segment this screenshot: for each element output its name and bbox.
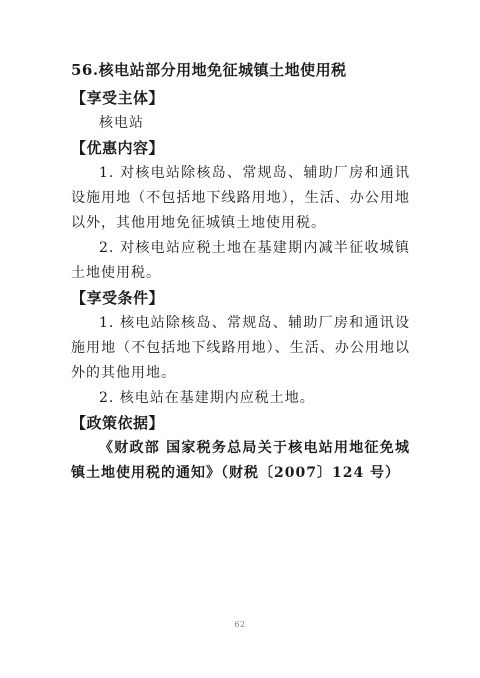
section-heading-policy-basis: 【政策依据】	[71, 411, 410, 436]
section-heading-conditions: 【享受条件】	[71, 286, 410, 311]
document-content: 56.核电站部分用地免征城镇土地使用税 【享受主体】 核电站 【优惠内容】 1.…	[71, 58, 410, 486]
section-heading-preferential-content: 【优惠内容】	[71, 136, 410, 161]
paragraph: 1. 对核电站除核岛、常规岛、辅助厂房和通讯设施用地（不包括地下线路用地），生活…	[71, 161, 410, 236]
policy-citation: 《财政部 国家税务总局关于核电站用地征免城镇土地使用税的通知》（财税〔2007〕…	[71, 436, 410, 486]
paragraph: 2. 核电站在基建期内应税土地。	[71, 386, 410, 411]
paragraph: 核电站	[71, 111, 410, 136]
page-title: 56.核电站部分用地免征城镇土地使用税	[71, 58, 410, 83]
section-heading-beneficiary: 【享受主体】	[71, 86, 410, 111]
document-page: 56.核电站部分用地免征城镇土地使用税 【享受主体】 核电站 【优惠内容】 1.…	[0, 0, 480, 678]
paragraph: 1. 核电站除核岛、常规岛、辅助厂房和通讯设施用地（不包括地下线路用地）、生活、…	[71, 311, 410, 386]
page-number: 62	[0, 620, 480, 629]
paragraph: 2. 对核电站应税土地在基建期内减半征收城镇土地使用税。	[71, 236, 410, 286]
